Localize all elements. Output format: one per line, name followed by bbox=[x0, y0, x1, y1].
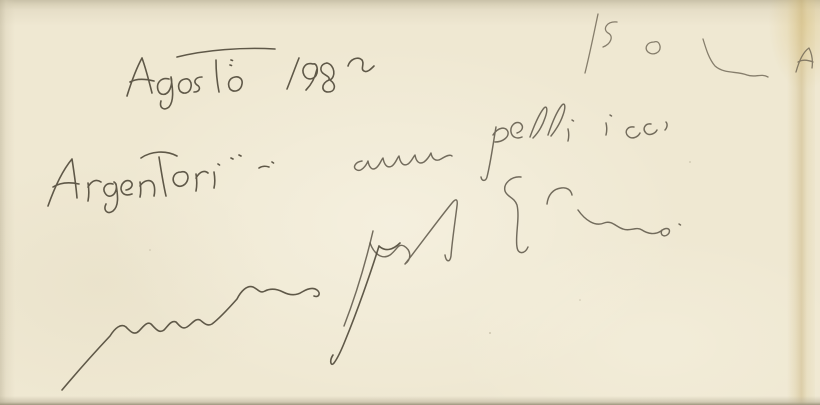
handwriting-year-1982 bbox=[287, 58, 374, 92]
scribble-middle-hooks bbox=[505, 177, 572, 253]
scribble-signature-wave bbox=[62, 287, 319, 390]
scribble-middle-loops bbox=[370, 200, 457, 264]
inscription-caso-pellicci: caso pellicci. bbox=[355, 104, 668, 180]
scribble-middle-tail-wave bbox=[578, 210, 681, 236]
paper-sheet: Agosto 1982 Isola Argentori. caso pellic… bbox=[0, 0, 820, 405]
scribble-signature: illegible cursive signature scribble bbox=[62, 243, 400, 390]
handwriting-word-isola bbox=[585, 14, 813, 77]
paper-speck bbox=[149, 249, 151, 251]
scribble-middle: illegible pencil scribble bbox=[344, 177, 681, 326]
paper-speck bbox=[489, 332, 491, 334]
paper-speck bbox=[689, 161, 691, 163]
paper-specks bbox=[149, 161, 691, 334]
inscription-isola: Isola bbox=[585, 14, 813, 77]
handwriting-word-caso bbox=[355, 153, 452, 170]
paper-speck bbox=[579, 299, 581, 301]
inscription-argentori: Argentori. bbox=[48, 152, 274, 212]
handwriting-word-pellicci bbox=[481, 104, 667, 180]
handwriting-word-argentori bbox=[48, 152, 274, 212]
inscription-date-line: Agosto 1982 bbox=[127, 48, 374, 108]
handwriting-layer: Agosto 1982 Isola Argentori. caso pellic… bbox=[0, 0, 820, 405]
handwriting-word-agosto bbox=[127, 48, 275, 108]
